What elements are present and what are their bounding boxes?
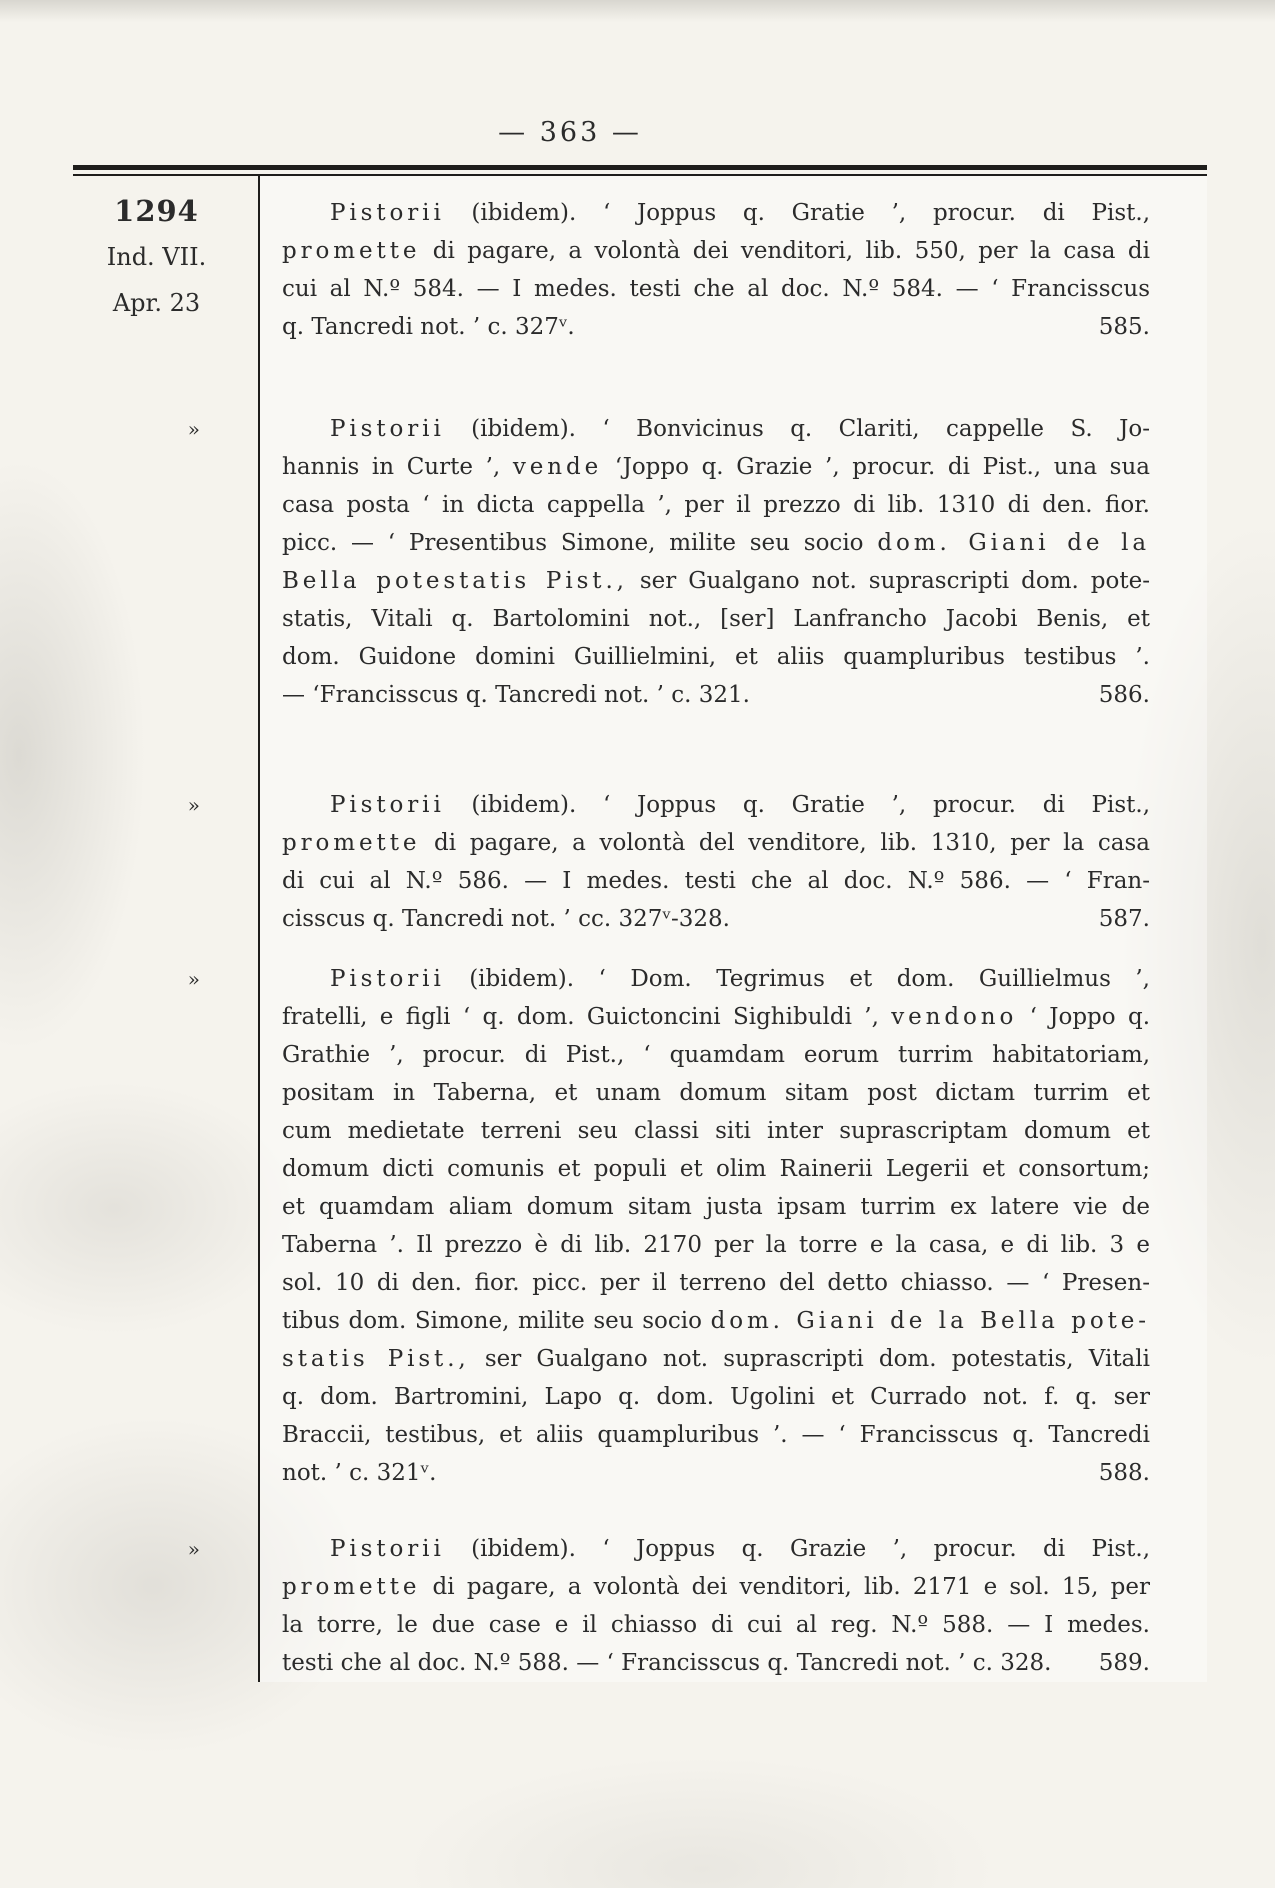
entry-line-text: q. Tancredi not. ’ c. 327ᵛ. <box>282 308 575 346</box>
entry-line-text: picc. — ‘ Presentibus Simone, milite seu… <box>282 530 1150 556</box>
margin-date-block: 1294Ind. VII.Apr. 23 <box>73 176 258 346</box>
entry-text: Pistorii (ibidem). ‘ Joppus q. Gratie ’,… <box>258 714 1207 938</box>
margin-ditto: » <box>73 346 258 714</box>
entry-line-text: hannis in Curte ’, vende ‘Joppo q. Grazi… <box>282 454 1150 480</box>
entry-line: et quamdam aliam domum sitam justa ipsam… <box>282 1188 1150 1226</box>
entry-line: promette di pagare, a volontà dei vendit… <box>282 232 1150 270</box>
entry-line: domum dicti comunis et populi et olim Ra… <box>282 1150 1150 1188</box>
entry: 1294Ind. VII.Apr. 23Pistorii (ibidem). ‘… <box>73 176 1207 346</box>
entry-line: di cui al N.º 586. — I medes. testi che … <box>282 862 1150 900</box>
entry-line-text: Pistorii (ibidem). ‘ Joppus q. Gratie ’,… <box>330 792 1150 818</box>
entry-line: statis Pist., ser Gualgano not. suprascr… <box>282 1340 1150 1378</box>
entry-line: statis, Vitali q. Bartolomini not., [ser… <box>282 600 1150 638</box>
entry-line-text: sol. 10 di den. fior. picc. per il terre… <box>282 1270 1150 1296</box>
entry-line: dom. Guidone domini Guillielmini, et ali… <box>282 638 1150 676</box>
entry-line: testi che al doc. N.º 588. — ‘ Francissc… <box>282 1644 1150 1682</box>
entry-line: Pistorii (ibidem). ‘ Joppus q. Grazie ’,… <box>282 1530 1150 1568</box>
entry-line: — ‘Francisscus q. Tancredi not. ’ c. 321… <box>282 676 1150 714</box>
margin-ditto: » <box>73 938 258 1492</box>
entry-line: Bella potestatis Pist., ser Gualgano not… <box>282 562 1150 600</box>
margin-indiction: Ind. VII. <box>73 242 258 272</box>
entry-line-text: casa posta ‘ in dicta cappella ’, per il… <box>282 492 1150 518</box>
entry-line: Grathie ’, procur. di Pist., ‘ quamdam e… <box>282 1036 1150 1074</box>
entry-line: Taberna ’. Il prezzo è di lib. 2170 per … <box>282 1226 1150 1264</box>
entry-ref-number: 587. <box>1079 900 1150 938</box>
entry-line: Pistorii (ibidem). ‘ Dom. Tegrimus et do… <box>282 960 1150 998</box>
entry-line-text: Pistorii (ibidem). ‘ Dom. Tegrimus et do… <box>330 966 1150 992</box>
entry: »Pistorii (ibidem). ‘ Dom. Tegrimus et d… <box>73 938 1207 1492</box>
entry-line-text: testi che al doc. N.º 588. — ‘ Francissc… <box>282 1644 1051 1682</box>
entry-line-text: dom. Guidone domini Guillielmini, et ali… <box>282 644 1150 670</box>
entry-line: Pistorii (ibidem). ‘ Joppus q. Gratie ’,… <box>282 786 1150 824</box>
entry-line: cui al N.º 584. — I medes. testi che al … <box>282 270 1150 308</box>
margin-ditto: » <box>73 1492 258 1682</box>
margin-year: 1294 <box>73 194 258 228</box>
entry-line: sol. 10 di den. fior. picc. per il terre… <box>282 1264 1150 1302</box>
entry-text: Pistorii (ibidem). ‘ Dom. Tegrimus et do… <box>258 938 1207 1492</box>
entry-line: Pistorii (ibidem). ‘ Joppus q. Gratie ’,… <box>282 194 1150 232</box>
entry-line-text: promette di pagare, a volontà dei vendit… <box>282 238 1150 264</box>
entry-line-text: Braccii, testibus, et aliis quampluribus… <box>282 1422 1150 1448</box>
entry-line-text: statis Pist., ser Gualgano not. suprascr… <box>282 1346 1150 1372</box>
entry-line: q. dom. Bartromini, Lapo q. dom. Ugolini… <box>282 1378 1150 1416</box>
entry-line-text: q. dom. Bartromini, Lapo q. dom. Ugolini… <box>282 1384 1150 1410</box>
entry-ref-number: 586. <box>1079 676 1150 714</box>
entry-line: cum medietate terreni seu classi siti in… <box>282 1112 1150 1150</box>
entry-line-text: — ‘Francisscus q. Tancredi not. ’ c. 321… <box>282 676 750 714</box>
entry-line: Pistorii (ibidem). ‘ Bonvicinus q. Clari… <box>282 410 1150 448</box>
margin-ditto: » <box>73 714 258 938</box>
entry-text: Pistorii (ibidem). ‘ Joppus q. Grazie ’,… <box>258 1492 1207 1682</box>
ditto-mark: » <box>73 960 258 998</box>
page: — 363 — 1294Ind. VII.Apr. 23Pistorii (ib… <box>0 0 1275 1888</box>
entry-line: promette di pagare, a volontà del vendit… <box>282 824 1150 862</box>
entry-line: cisscus q. Tancredi not. ’ cc. 327ᵛ-328.… <box>282 900 1150 938</box>
ditto-mark: » <box>73 786 258 824</box>
entry-line-text: statis, Vitali q. Bartolomini not., [ser… <box>282 606 1150 632</box>
entry-line-text: positam in Taberna, et unam domum sitam … <box>282 1080 1150 1106</box>
entry-line-text: Pistorii (ibidem). ‘ Joppus q. Grazie ’,… <box>330 1536 1150 1562</box>
entry-line: la torre, le due case e il chiasso di cu… <box>282 1606 1150 1644</box>
entry-text: Pistorii (ibidem). ‘ Joppus q. Gratie ’,… <box>258 176 1207 346</box>
entry-line-text: domum dicti comunis et populi et olim Ra… <box>282 1156 1150 1182</box>
entry-line-text: la torre, le due case e il chiasso di cu… <box>282 1612 1150 1638</box>
entry-line: not. ’ c. 321ᵛ.588. <box>282 1454 1150 1492</box>
entry-ref-number: 588. <box>1079 1454 1150 1492</box>
entry-text: Pistorii (ibidem). ‘ Bonvicinus q. Clari… <box>258 346 1207 714</box>
entry-line: tibus dom. Simone, milite seu socio dom.… <box>282 1302 1150 1340</box>
entry-line-text: fratelli, e figli ‘ q. dom. Guictoncini … <box>282 1004 1150 1030</box>
entry-line-text: not. ’ c. 321ᵛ. <box>282 1454 436 1492</box>
entry-line: q. Tancredi not. ’ c. 327ᵛ.585. <box>282 308 1150 346</box>
entry-line-text: Taberna ’. Il prezzo è di lib. 2170 per … <box>282 1232 1150 1258</box>
entry-line-text: Pistorii (ibidem). ‘ Joppus q. Gratie ’,… <box>330 200 1150 226</box>
entry: »Pistorii (ibidem). ‘ Bonvicinus q. Clar… <box>73 346 1207 714</box>
sheet: — 363 — 1294Ind. VII.Apr. 23Pistorii (ib… <box>73 118 1207 1682</box>
entry-ref-number: 589. <box>1079 1644 1150 1682</box>
margin-day: Apr. 23 <box>73 288 258 318</box>
entry-line-text: Pistorii (ibidem). ‘ Bonvicinus q. Clari… <box>330 416 1150 442</box>
entry-line: hannis in Curte ’, vende ‘Joppo q. Grazi… <box>282 448 1150 486</box>
entry-line-text: promette di pagare, a volontà del vendit… <box>282 830 1150 856</box>
entry-line-text: di cui al N.º 586. — I medes. testi che … <box>282 868 1150 894</box>
entry-line: positam in Taberna, et unam domum sitam … <box>282 1074 1150 1112</box>
entries: 1294Ind. VII.Apr. 23Pistorii (ibidem). ‘… <box>73 176 1207 1682</box>
entry-line-text: et quamdam aliam domum sitam justa ipsam… <box>282 1194 1150 1220</box>
entry-line-text: Grathie ’, procur. di Pist., ‘ quamdam e… <box>282 1042 1150 1068</box>
entry-line: Braccii, testibus, et aliis quampluribus… <box>282 1416 1150 1454</box>
entry-line-text: cum medietate terreni seu classi siti in… <box>282 1118 1150 1144</box>
entry-line-text: cui al N.º 584. — I medes. testi che al … <box>282 276 1150 302</box>
page-number: — 363 — <box>3 118 1137 148</box>
entry-line-text: promette di pagare, a volontà dei vendit… <box>282 1574 1150 1600</box>
entry-line: casa posta ‘ in dicta cappella ’, per il… <box>282 486 1150 524</box>
entry: »Pistorii (ibidem). ‘ Joppus q. Gratie ’… <box>73 714 1207 938</box>
entry-line: fratelli, e figli ‘ q. dom. Guictoncini … <box>282 998 1150 1036</box>
entry-line-text: cisscus q. Tancredi not. ’ cc. 327ᵛ-328. <box>282 900 730 938</box>
ditto-mark: » <box>73 410 258 448</box>
entry-line: promette di pagare, a volontà dei vendit… <box>282 1568 1150 1606</box>
entry-line-text: Bella potestatis Pist., ser Gualgano not… <box>282 568 1150 594</box>
entry-line: picc. — ‘ Presentibus Simone, milite seu… <box>282 524 1150 562</box>
entry-ref-number: 585. <box>1079 308 1150 346</box>
entry: »Pistorii (ibidem). ‘ Joppus q. Grazie ’… <box>73 1492 1207 1682</box>
header-double-rule <box>73 165 1207 176</box>
ditto-mark: » <box>73 1530 258 1568</box>
entry-line-text: tibus dom. Simone, milite seu socio dom.… <box>282 1308 1150 1334</box>
